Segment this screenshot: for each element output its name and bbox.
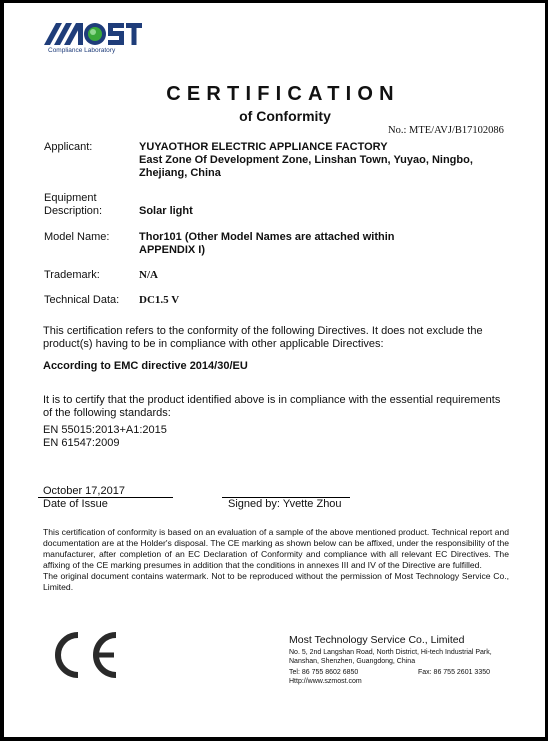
issuer-website[interactable]: Http://www.szmost.com bbox=[289, 678, 362, 687]
ce-mark-icon bbox=[48, 631, 120, 679]
model-label: Model Name: bbox=[44, 231, 109, 243]
issuer-address-line2: Nanshan, Shenzhen, Guangdong, China bbox=[289, 658, 492, 667]
document-subtitle: of Conformity bbox=[4, 108, 548, 124]
applicant-value: YUYAOTHOR ELECTRIC APPLIANCE FACTORY Eas… bbox=[139, 141, 473, 180]
directive-intro-line2: product(s) having to be in compliance wi… bbox=[43, 338, 515, 351]
model-value-line1: Thor101 (Other Model Names are attached … bbox=[139, 231, 395, 244]
issuer-fax: Fax: 86 755 2601 3350 bbox=[418, 669, 490, 678]
applicant-name: YUYAOTHOR ELECTRIC APPLIANCE FACTORY bbox=[139, 141, 473, 154]
disclaimer-paragraph-1: This certification of conformity is base… bbox=[43, 527, 509, 571]
document-title: CERTIFICATION bbox=[4, 83, 548, 106]
issuer-name: Most Technology Service Co., Limited bbox=[289, 634, 464, 646]
directive: According to EMC directive 2014/30/EU bbox=[43, 360, 515, 373]
standards-intro-line1: It is to certify that the product identi… bbox=[43, 394, 515, 407]
trademark-label: Trademark: bbox=[44, 269, 100, 281]
applicant-label: Applicant: bbox=[44, 141, 92, 153]
equipment-label-line1: Equipment bbox=[44, 192, 102, 205]
standards-intro: It is to certify that the product identi… bbox=[43, 394, 515, 420]
equipment-label: Equipment Description: bbox=[44, 192, 102, 218]
issuer-tel: Tel: 86 755 8602 6850 bbox=[289, 669, 358, 678]
certificate-number: No.: MTE/AVJ/B17102086 bbox=[388, 125, 504, 136]
applicant-address-line2: Zhejiang, China bbox=[139, 167, 473, 180]
certificate-page: Compliance Laboratory CERTIFICATION of C… bbox=[0, 0, 548, 741]
technical-label: Technical Data: bbox=[44, 294, 119, 306]
technical-value: DC1.5 V bbox=[139, 294, 179, 307]
logo-subtitle: Compliance Laboratory bbox=[48, 47, 115, 54]
issuer-address-line1: No. 5, 2nd Langshan Road, North District… bbox=[289, 649, 492, 658]
issue-date-label: Date of Issue bbox=[43, 498, 108, 510]
disclaimer: This certification of conformity is base… bbox=[43, 527, 509, 593]
disclaimer-paragraph-2: The original document contains watermark… bbox=[43, 571, 509, 593]
standards-list: EN 55015:2013+A1:2015 EN 61547:2009 bbox=[43, 424, 515, 450]
model-value: Thor101 (Other Model Names are attached … bbox=[139, 231, 395, 257]
issue-date: October 17,2017 bbox=[43, 485, 125, 497]
directive-intro-line1: This certification refers to the conform… bbox=[43, 325, 515, 338]
trademark-value: N/A bbox=[139, 269, 158, 282]
standard-item: EN 55015:2013+A1:2015 bbox=[43, 424, 515, 437]
directive-intro: This certification refers to the conform… bbox=[43, 325, 515, 351]
issuer-address: No. 5, 2nd Langshan Road, North District… bbox=[289, 649, 492, 666]
standards-intro-line2: of the following standards: bbox=[43, 407, 515, 420]
applicant-address-line1: East Zone Of Development Zone, Linshan T… bbox=[139, 154, 473, 167]
standard-item: EN 61547:2009 bbox=[43, 437, 515, 450]
signed-by: Signed by: Yvette Zhou bbox=[228, 498, 342, 510]
equipment-label-line2: Description: bbox=[44, 205, 102, 218]
model-value-line2: APPENDIX I) bbox=[139, 244, 395, 257]
equipment-value: Solar light bbox=[139, 205, 193, 218]
